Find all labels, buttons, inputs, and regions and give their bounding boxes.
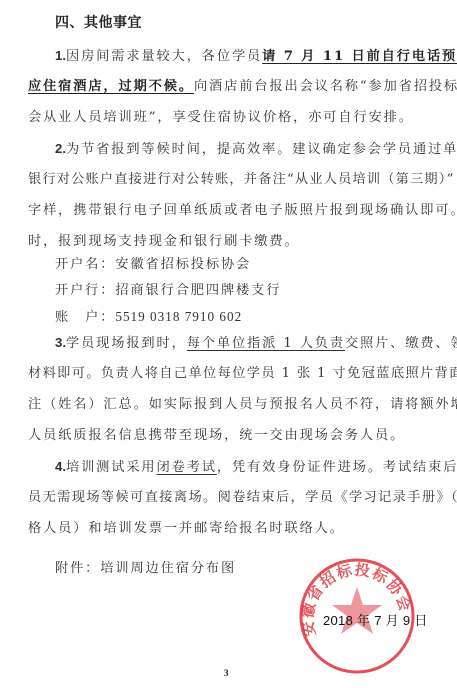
item4-line3: 格人员）和培训发票一并邮寄给报名时联络人。 [28,521,428,537]
item3-line1: 3.学员现场报到时，每个单位指派 1 人负责交照片、缴费、领取 [55,335,455,352]
account-label: 账 户： [55,310,115,325]
item2-number: 2. [55,141,66,156]
item4-line2: 员无需现场等候可直接离场。阅卷结束后，学员《学习记录手册》（合 [28,490,428,506]
item1-text: 因房间需求量较大，各位学员 [66,49,262,64]
item2-text: 为节省报到等候时间，提高效率。建议确定参会学员通过单位 [66,142,457,157]
document-page: 四、其他事宜 1.因房间需求量较大，各位学员请 7 月 11 日前自行电话预定相… [0,0,457,688]
item4-line1: 4.培训测试采用闭卷考试，凭有效身份证件进场。考试结束后学 [55,459,455,476]
account-name-value: 安徽省招标投标协会 [115,257,251,272]
item3-text: 学员现场报到时， [66,336,187,351]
item1-emphasis-cont: 应住宿酒店，过期不候。 [28,79,194,94]
item3-emphasis: 每个单位指派 1 人负责 [187,336,345,351]
item1-text-cont: 向酒店前台报出会议名称“参加省招投标协 [194,79,457,94]
bank-account-row: 账 户：5519 0318 7910 602 [55,309,455,326]
bank-label: 开户行： [55,283,115,298]
item1-line3: 会从业人员培训班”，享受住宿协议价格，亦可自行安排。 [28,110,428,126]
bank-value: 招商银行合肥四牌楼支行 [115,283,281,298]
item3-line3: 注（姓名）汇总。如实际报到人员与预报名人员不符，请将额外增加 [28,397,428,413]
item1-line2: 应住宿酒店，过期不候。向酒店前台报出会议名称“参加省招投标协 [28,79,428,95]
item1-number: 1. [55,48,66,63]
item3-text-post: 交照片、缴费、领取 [345,336,457,351]
item1-line1: 1.因房间需求量较大，各位学员请 7 月 11 日前自行电话预定相 [55,48,455,65]
item1-emphasis: 请 7 月 11 日前自行电话预定相 [262,49,457,64]
item4-text-post: ，凭有效身份证件进场。考试结束后学 [217,460,457,475]
item4-number: 4. [55,459,66,474]
item3-line4: 人员纸质报名信息携带至现场，统一交由现场会务人员。 [28,428,428,444]
bank-name-row: 开户行：招商银行合肥四牌楼支行 [55,283,455,299]
item4-emphasis: 闭卷考试 [157,460,217,475]
section-heading: 四、其他事宜 [55,15,455,31]
attachment-text: 培训周边住宿分布图 [100,561,236,576]
account-name-label: 开户名： [55,257,115,272]
item3-line2: 材料即可。负责人将自己单位每位学员 1 张 1 寸免冠蓝底照片背面备 [28,366,428,382]
item2-line4: 时，报到现场支持现金和银行刷卡缴费。 [28,234,428,250]
signature-date: 2018 年 7 月 9 日 [323,610,428,629]
item2-line1: 2.为节省报到等候时间，提高效率。建议确定参会学员通过单位 [55,141,455,158]
page-number: 3 [224,668,229,678]
bank-account-name-row: 开户名：安徽省招标投标协会 [55,257,455,273]
item3-number: 3. [55,335,66,350]
account-number: 5519 0318 7910 602 [115,309,242,324]
item2-line3: 字样，携带银行电子回单纸质或者电子版照片报到现场确认即可。同 [28,203,428,219]
attachment-label: 附件： [55,561,100,576]
item2-line2: 银行对公账户直接进行对公转账，并备注“从业人员培训（第三期）” [28,172,428,188]
item4-text: 培训测试采用 [66,460,157,475]
